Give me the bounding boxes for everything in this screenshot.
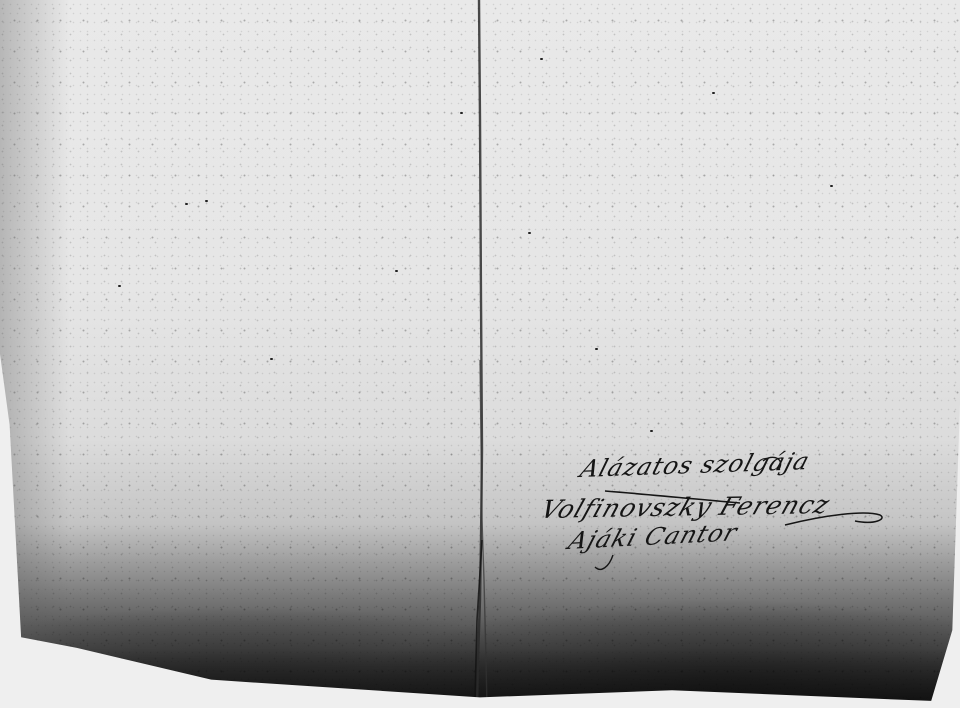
center-fold-line <box>474 0 488 708</box>
signature-line-2: Volfinovszky Ferencz <box>537 490 834 524</box>
paper-sheet: Alázatos szolgája Volfinovszky Ferencz A… <box>0 0 960 708</box>
signature-block: Alázatos szolgája Volfinovszky Ferencz A… <box>535 455 895 575</box>
